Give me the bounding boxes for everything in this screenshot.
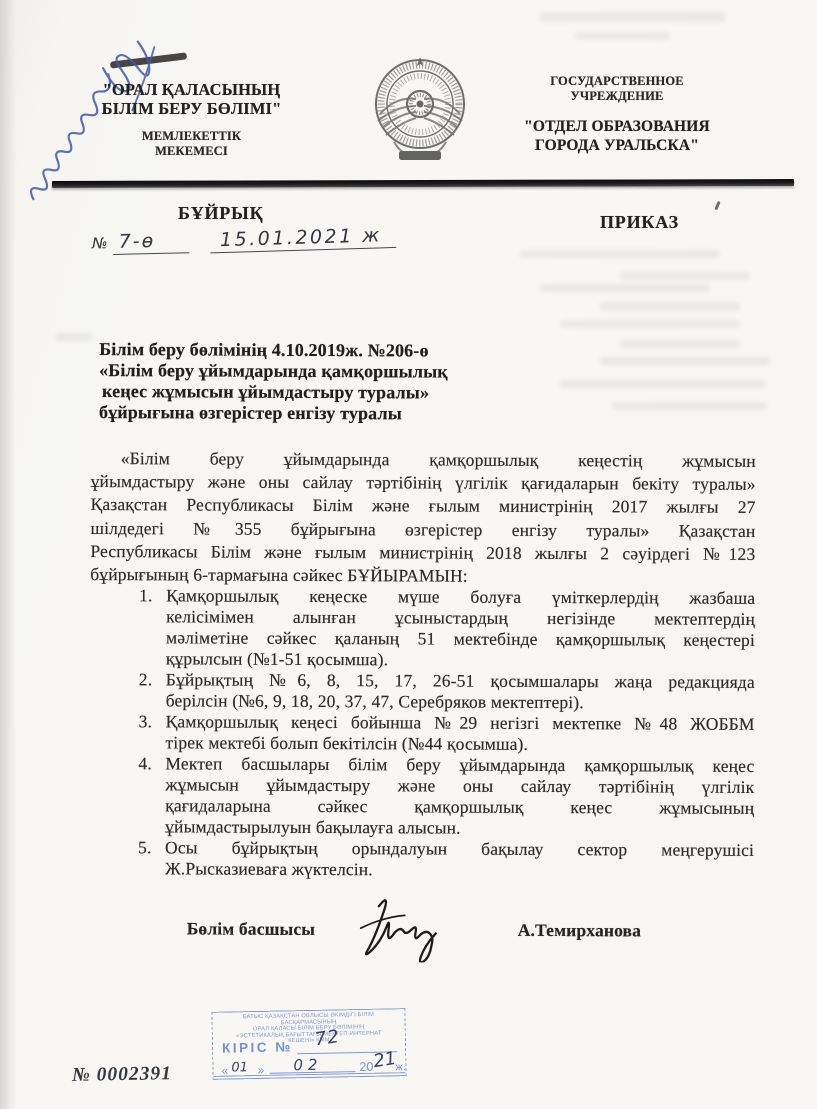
stamp-year-handwritten: 21 [372, 1048, 398, 1072]
order-title: Білім беру бөлімінің 4.10.2019ж. №206-ө … [99, 339, 448, 425]
preamble-line: шілдедегі №355 бұйрығына өзгерістер енгі… [90, 517, 755, 543]
stamp-date-row: « 01 » 02 20 21 ж. [221, 1057, 397, 1060]
stamp-entry-label: КІРІС № [222, 1039, 293, 1055]
item-number: 2. [139, 669, 153, 690]
preamble-line: Қазақстан Республикасы Білім және ғылым … [91, 493, 756, 519]
item-line: келісімімен алынған ұсыныстардың негізін… [166, 606, 755, 630]
item-line: Осы бұйрықтың орындалуын бақылау сектор … [165, 837, 754, 861]
item-line: Қамқоршылық кеңеске мүше болуға үміткерл… [166, 585, 755, 609]
preamble-line: Республикасы Білім және ғылым министріні… [90, 540, 755, 566]
signature-name: А.Темирханова [518, 920, 641, 942]
signature-role: Бөлім басшысы [187, 918, 315, 940]
item-line: Ж.Рысказиеваға жүктелсін. [165, 858, 754, 882]
title-line: кеңес жұмысын ұйымдастыру туралы» [99, 381, 448, 404]
order-item: 4. Мектеп басшылары білім беру ұйымдарын… [89, 753, 754, 840]
stamp-entry-number-handwritten: 72 [314, 1026, 342, 1050]
stamp-quote-open: « [221, 1064, 228, 1078]
item-line: Қамқоршылық кеңесі бойынша №29 негізгі м… [166, 711, 755, 735]
incoming-registration-stamp: БАТЫС ҚАЗАҚСТАН ОБЛЫСЫ ӘКІМДІГІ БІЛІМ БА… [211, 1008, 406, 1080]
item-line: мәліметіне сәйкес қаланың 51 мектебінде … [166, 627, 755, 651]
item-line: тірек мектебі болып бекітілсін (№44 қосы… [165, 732, 754, 756]
item-line: Бұйрықтың №6, 8, 15, 17, 26-51 қосымшала… [166, 669, 755, 693]
stamp-year-printed: 20 [359, 1060, 373, 1074]
order-item: 2. Бұйрықтың №6, 8, 15, 17, 26-51 қосымш… [90, 669, 755, 714]
scanned-order-document: "ОРАЛ ҚАЛАСЫНЫҢ БІЛІМ БЕРУ БӨЛІМІ" МЕМЛЕ… [0, 0, 817, 1109]
item-number: 1. [139, 585, 153, 606]
order-item: 1. Қамқоршылық кеңеске мүше болуға үмітк… [90, 585, 755, 672]
stamp-quote-close: » [257, 1063, 264, 1077]
preamble-line: «Білім беру ұйымдарында қамқоршылық кеңе… [91, 447, 756, 473]
order-item: 3. Қамқоршылық кеңесі бойынша №29 негізг… [89, 711, 754, 756]
title-line: бұйрығына өзгерістер енгізу туралы [99, 402, 448, 425]
item-line: қағидаларына сәйкес қамқоршылық кеңес жұ… [165, 795, 754, 819]
item-line: берілсін (№6, 9, 18, 20, 37, 47, Серебря… [166, 690, 755, 714]
handwritten-signature [349, 890, 474, 963]
stamp-year-suffix: ж. [395, 1061, 406, 1073]
item-line: құрылсын (№1-51 қосымша). [166, 648, 755, 672]
preamble-line: ұйымдастыру және оны сайлау тәртібінің ү… [91, 470, 756, 496]
item-number: 3. [139, 711, 153, 732]
title-line: Білім беру бөлімінің 4.10.2019ж. №206-ө [99, 339, 448, 362]
item-line: Мектеп басшылары білім беру ұйымдарында … [165, 753, 754, 777]
stamp-day-handwritten: 01 [231, 1060, 248, 1075]
order-item: 5. Осы бұйрықтың орындалуын бақылау сект… [89, 837, 754, 882]
item-number: 4. [138, 753, 152, 774]
item-line: ұйымдастырылуын бақылауға алысын. [165, 816, 754, 840]
form-serial-number: № 0002391 [72, 1063, 172, 1087]
order-preamble: «Білім беру ұйымдарында қамқоршылық кеңе… [90, 447, 756, 589]
stamp-month-handwritten: 02 [293, 1056, 322, 1075]
title-line: «Білім беру ұйымдарында қамқоршылық [99, 360, 448, 383]
item-number: 5. [138, 837, 152, 858]
item-line: жұмысын ұйымдастыру және оны сайлау тәрт… [165, 774, 754, 798]
order-items: 1. Қамқоршылық кеңеске мүше болуға үмітк… [89, 585, 755, 882]
